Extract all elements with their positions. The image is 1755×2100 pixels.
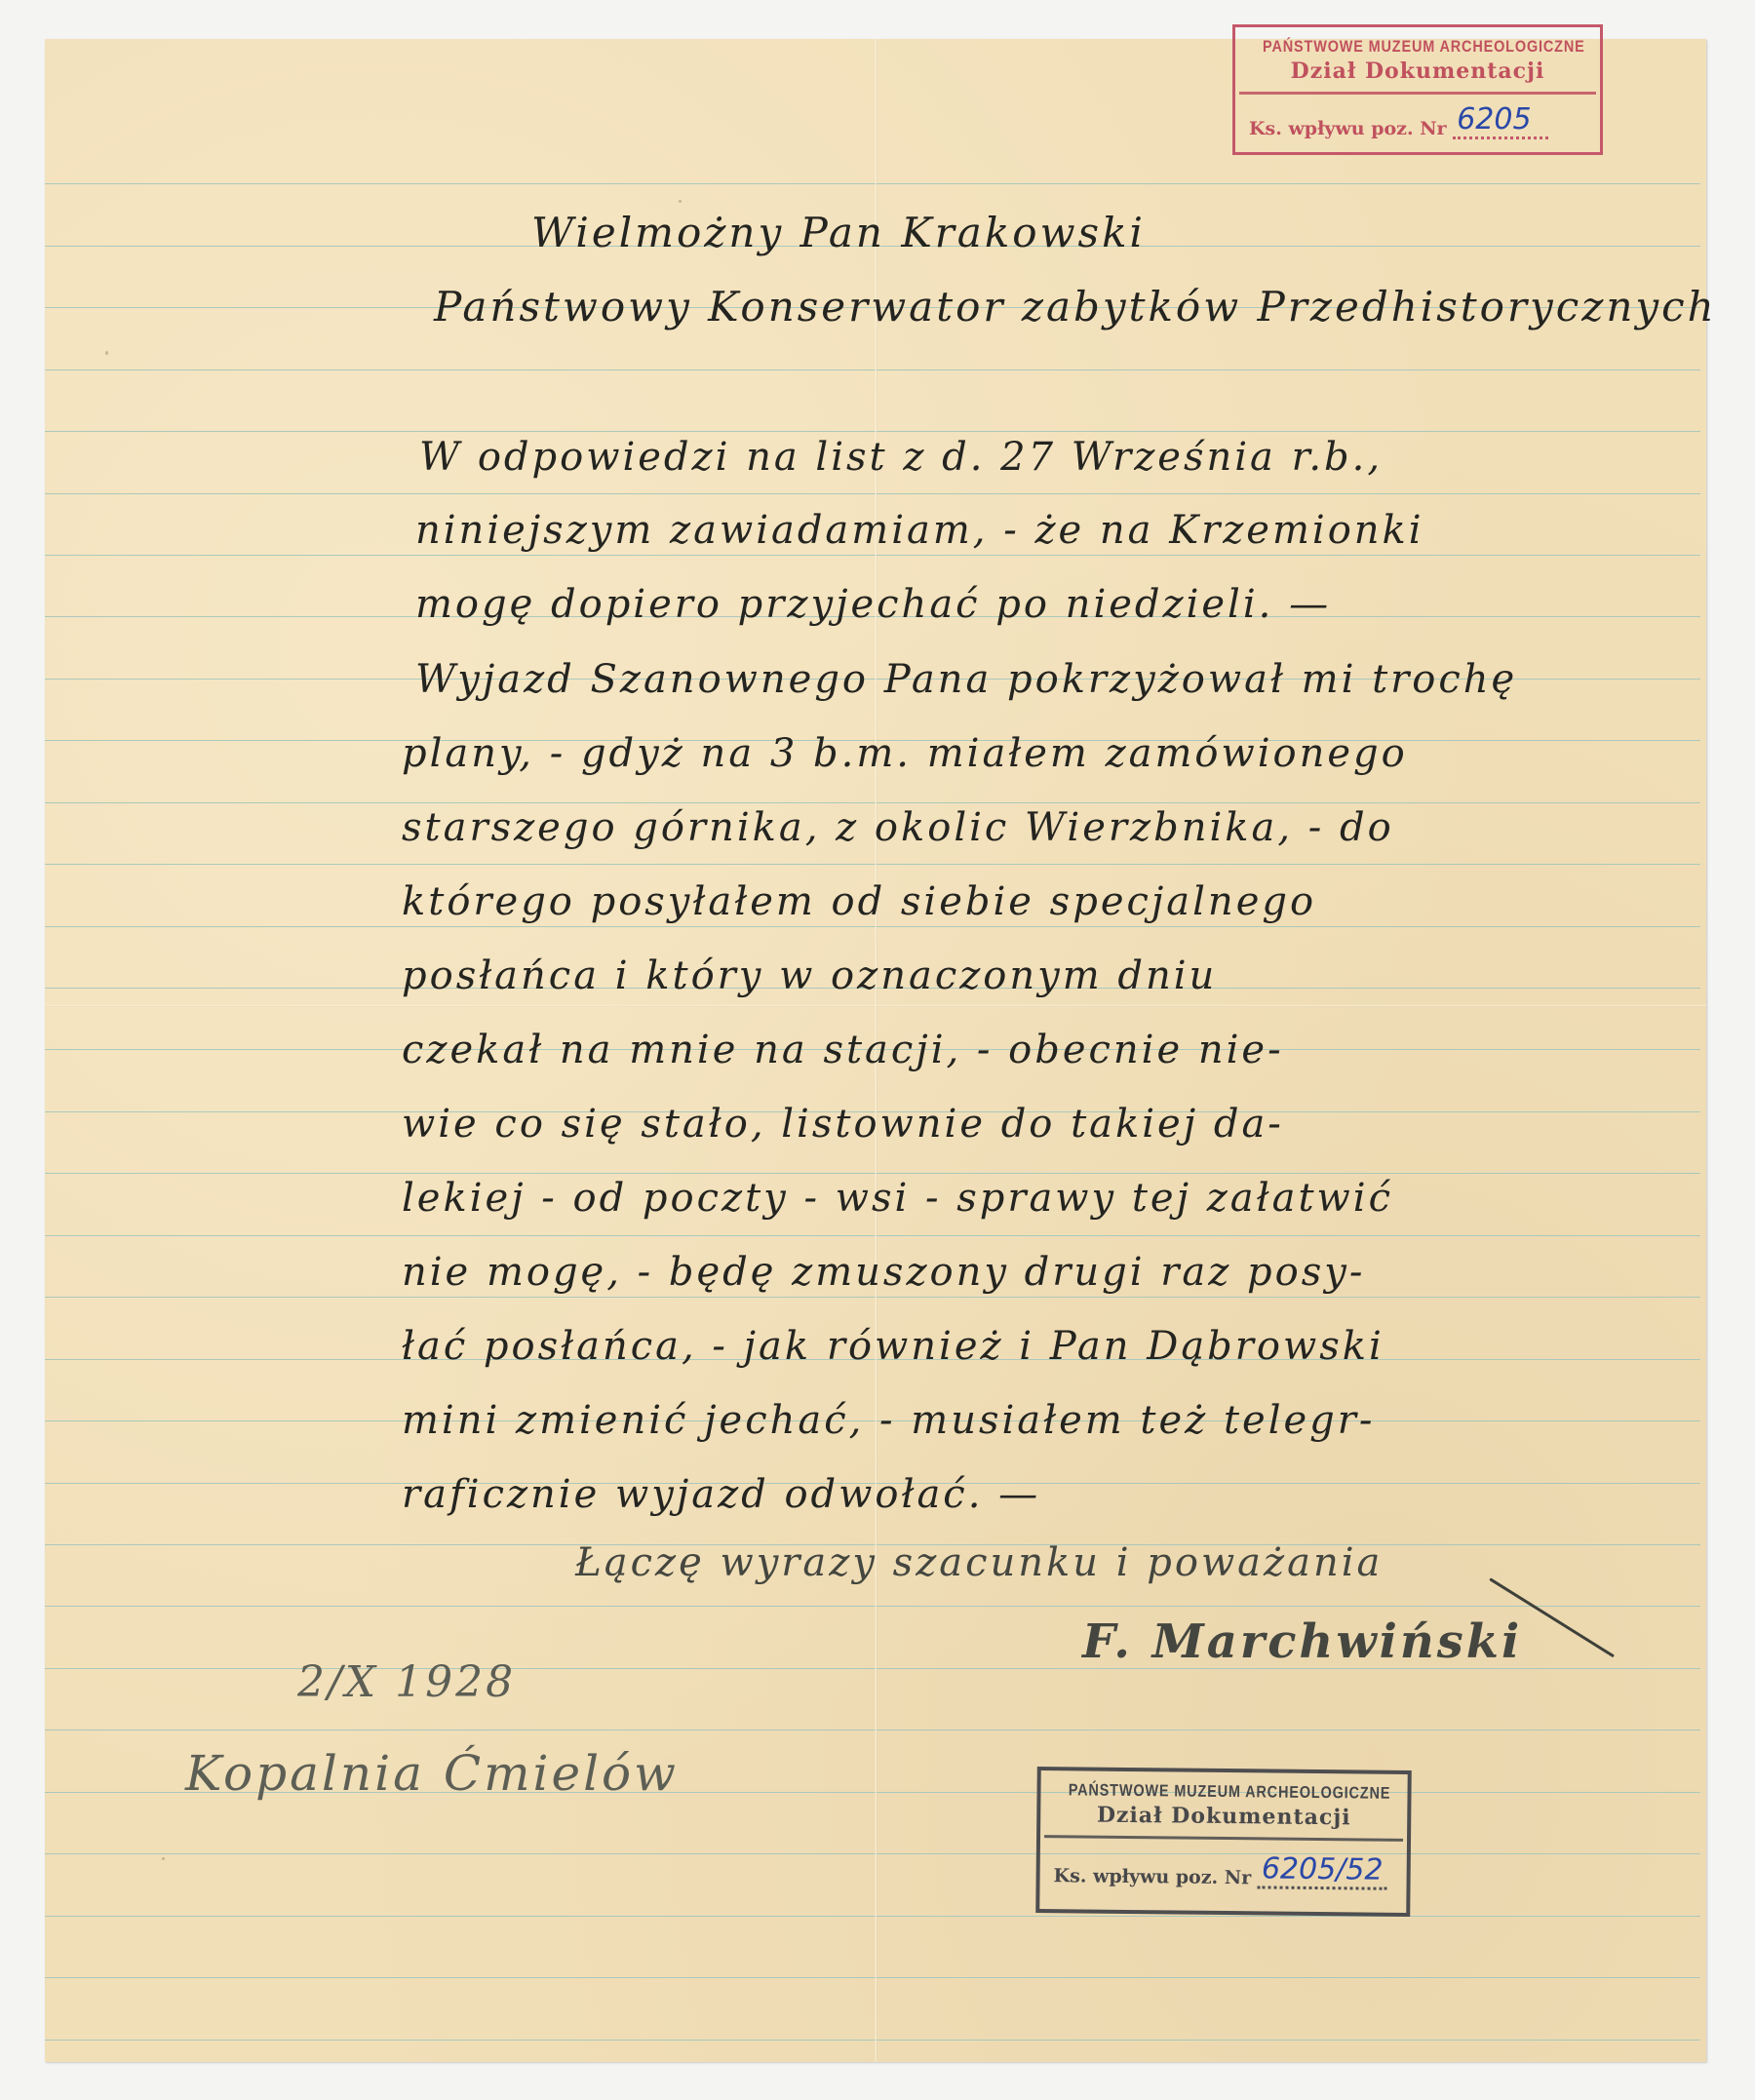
paper-speck [105,351,108,355]
salutation-line-1: Wielmożny Pan Krakowski [531,209,1146,256]
stamp-department: Dział Dokumentacji [1235,58,1600,84]
ruling-line [45,1297,1700,1298]
ruling-line [45,802,1700,803]
ruling-line [45,864,1700,865]
archive-stamp-bottom: PAŃSTWOWE MUZEUM ARCHEOLOGICZNE Dział Do… [1035,1767,1412,1917]
body-line: mini zmienić jechać, - musiałem też tele… [402,1398,1375,1443]
body-line: raficznie wyjazd odwołać. — [402,1472,1040,1517]
stamp-institution: PAŃSTWOWE MUZEUM ARCHEOLOGICZNE [1263,37,1573,57]
body-line: mogę dopiero przyjechać po niedzieli. — [415,582,1331,627]
body-line: W odpowiedzi na list z d. 27 Września r.… [419,435,1383,480]
body-line: starszego górnika, z okolic Wierzbnika, … [402,805,1394,850]
ruling-line [45,493,1700,494]
archive-stamp-top: PAŃSTWOWE MUZEUM ARCHEOLOGICZNE Dział Do… [1232,24,1603,155]
stamp-register-row: Ks. wpływu poz. Nr 6205 [1235,108,1600,145]
signature: F. Marchwiński [1082,1614,1522,1669]
body-line: łać posłańca, - jak również i Pan Dąbrow… [402,1324,1384,1369]
paper-speck [162,1857,165,1860]
stamp-divider [1044,1835,1403,1842]
body-line: niniejszym zawiadamiam, - że na Krzemion… [415,508,1424,553]
body-line: Wyjazd Szanownego Pana pokrzyżował mi tr… [415,657,1517,702]
ruling-line [45,369,1700,370]
body-line: którego posyłałem od siebie specjalnego [402,879,1316,924]
ruling-line [45,926,1700,927]
stamp-register-label: Ks. wpływu poz. Nr [1249,118,1447,139]
body-line: lekiej - od poczty - wsi - sprawy tej za… [402,1176,1393,1221]
horizontal-fold-crease [45,1004,1706,1007]
pencil-note: Kopalnia Ćmielów [185,1745,679,1802]
ruling-line [45,1606,1700,1607]
stamp-divider [1239,92,1596,95]
pencil-date: 2/X 1928 [297,1657,516,1707]
stamp-register-row: Ks. wpływu poz. Nr 6205/52 [1039,1855,1406,1896]
body-line: plany, - gdyż na 3 b.m. miałem zamówione… [402,731,1408,776]
body-line: czekał na mnie na stacji, - obecnie nie- [402,1028,1284,1072]
salutation-line-2: Państwowy Konserwator zabytków Przedhist… [434,283,1717,331]
stamp-register-number: 6205 [1453,102,1548,139]
stamp-register-number: 6205/52 [1258,1851,1387,1889]
ruling-line [45,555,1700,556]
body-line: posłańca i który w oznaczonym dniu [402,953,1217,998]
stamp-department: Dział Dokumentacji [1040,1802,1407,1831]
ruling-line [45,1173,1700,1174]
ruling-line [45,183,1700,184]
body-line: nie mogę, - będę zmuszony drugi raz posy… [402,1250,1365,1295]
closing-phrase: Łączę wyrazy szacunku i poważania [575,1540,1383,1585]
paper-speck [679,200,682,203]
stamp-institution: PAŃSTWOWE MUZEUM ARCHEOLOGICZNE [1069,1780,1381,1803]
ruling-line [45,1916,1700,1917]
ruling-line [45,2040,1700,2041]
body-line: wie co się stało, listownie do takiej da… [402,1102,1284,1147]
ruling-line [45,1853,1700,1854]
stamp-register-label: Ks. wpływu poz. Nr [1054,1865,1252,1888]
ruling-line [45,1730,1700,1731]
ruling-line [45,1977,1700,1978]
ruling-line [45,1235,1700,1236]
ruling-line [45,431,1700,432]
